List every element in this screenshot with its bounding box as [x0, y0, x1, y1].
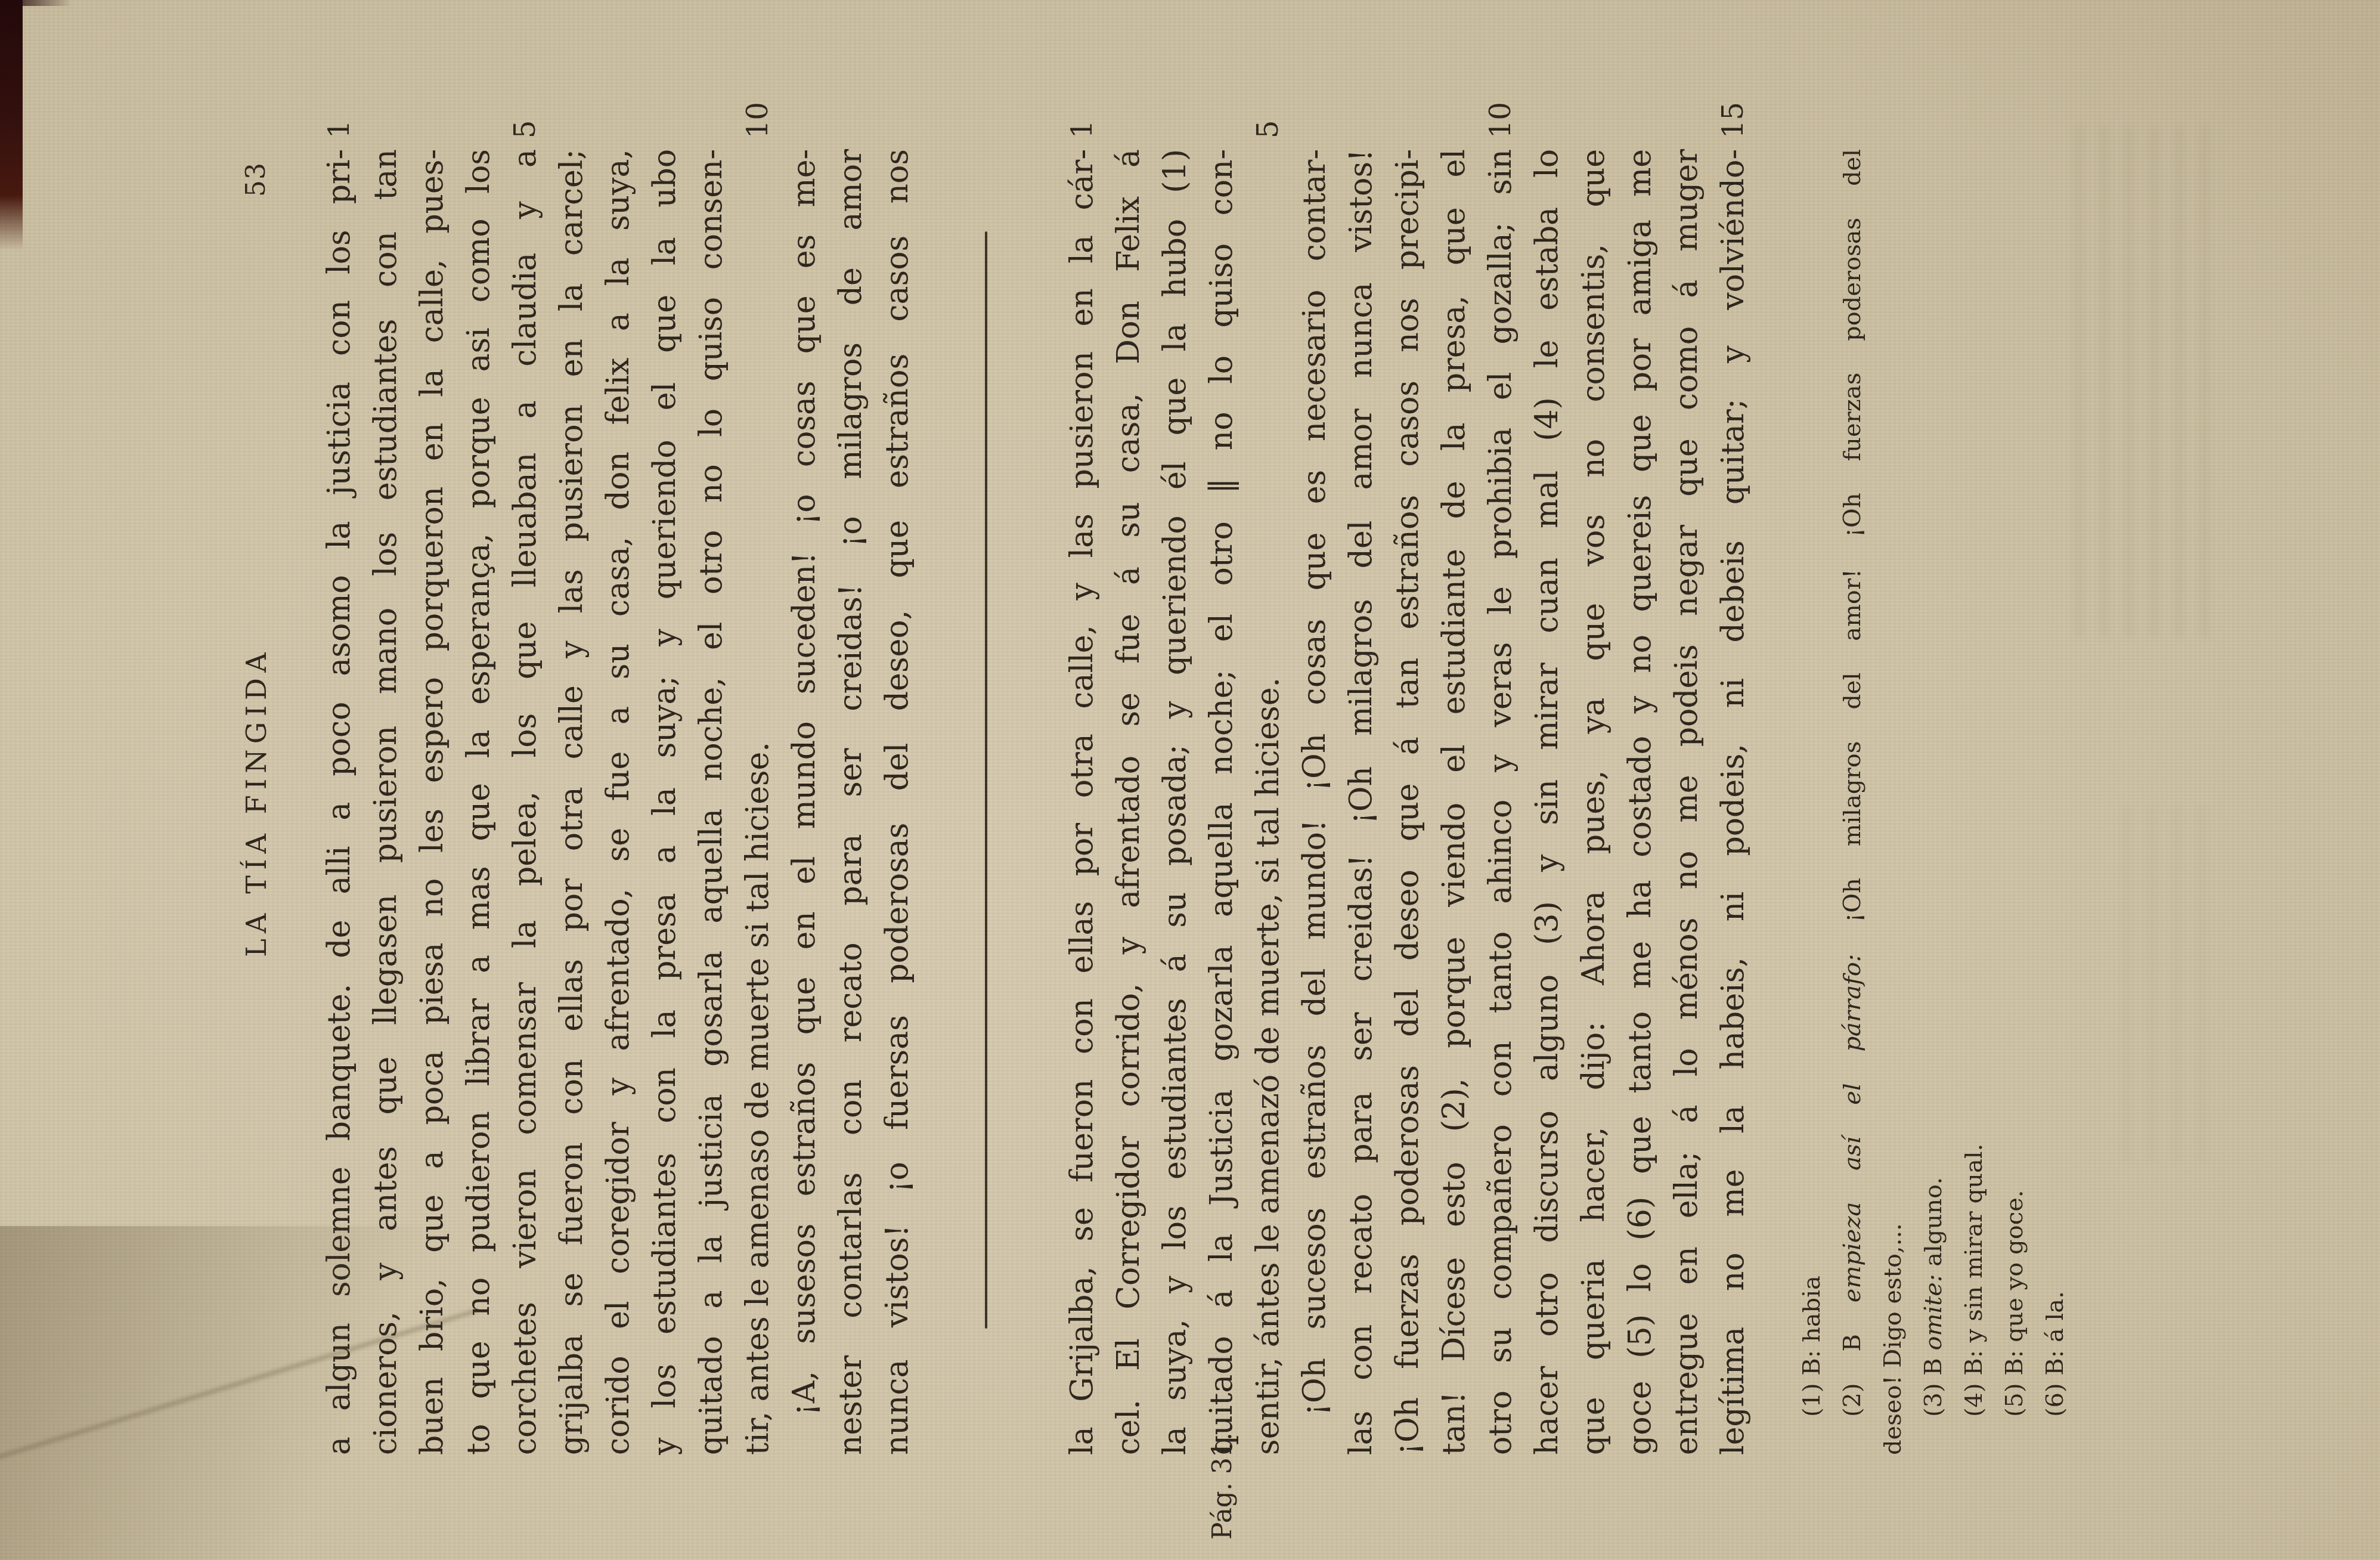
text-line: grijalba se fueron con ellas por otra ca…	[548, 149, 595, 1455]
text-line: buen brio, que a poca piesa no les esper…	[409, 149, 455, 1455]
text-line: quitado á la Justicia gozarla aquella no…	[1198, 149, 1245, 1455]
text-line: (5) B: que yo goce.	[1994, 149, 2035, 1455]
text-line: las con recato para ser creidas! ¡Oh mil…	[1338, 149, 1384, 1455]
paper-sheet: LA TÍA FINGIDA 53 a algun solemne banque…	[0, 0, 2380, 1560]
line-number: 5	[502, 43, 548, 138]
text-segment: quitado á la Justicia gozarla aquella no…	[1204, 149, 1239, 1455]
text-segment: entregue en ella; á lo ménos no me podei…	[1669, 149, 1705, 1455]
margin-note-page-reference: Pág. 31.	[1200, 1450, 1246, 1540]
text-segment: corido el coregidor y afrentado, se fue …	[600, 149, 636, 1455]
text-line: quitado a la justicia gosarla aquella no…	[688, 149, 735, 1455]
text-segment: ¡A, susesos estraños que en el mundo suc…	[786, 149, 822, 1416]
text-line: tir, antes le amenaso de muerte si tal h…	[735, 149, 781, 1455]
text-line: cel. El Corregidor corrido, y afrentado …	[1105, 149, 1152, 1455]
text-segment: tir, antes le amenaso de muerte si tal h…	[740, 742, 776, 1455]
text-segment: to que no pudieron librar a mas que la e…	[461, 149, 497, 1455]
text-line: ¡Oh sucesos estraños del mundo! ¡Oh cosa…	[1291, 149, 1338, 1455]
text-segment: buen brio, que a poca piesa no les esper…	[414, 149, 450, 1455]
text-segment: otro su compañero con tanto ahinco y ver…	[1483, 149, 1519, 1455]
text-line: sentir, ántes le amenazó de muerte, si t…	[1245, 149, 1291, 1455]
text-segment: las con recato para ser creidas! ¡Oh mil…	[1343, 149, 1379, 1455]
text-line: tan! Dícese esto (2), porque viendo el e…	[1431, 149, 1477, 1455]
text-segment: ¡Oh sucesos estraños del mundo! ¡Oh cosa…	[1297, 149, 1332, 1416]
text-segment: que queria hacer, dijo: Ahora pues, ya q…	[1576, 149, 1612, 1455]
text-segment: (1) B: habia	[1798, 1276, 1826, 1417]
text-line: (1) B: habia	[1792, 149, 1832, 1455]
text-segment: (5) B: que yo goce.	[2001, 1190, 2028, 1417]
text-line: nester contarlas con recato para ser cre…	[828, 149, 874, 1455]
text-line: la Grijalba, se fueron con ellas por otr…	[1059, 149, 1105, 1455]
text-segment: deseo! Digo esto,...	[1879, 1223, 1907, 1455]
text-line: goce (5) lo (6) que tanto me ha costado …	[1617, 149, 1663, 1455]
line-number: 5	[1245, 43, 1291, 138]
text-segment: ¡Oh milagros del amor! ¡Oh fuerzas poder…	[1839, 149, 1866, 954]
line-number: 10	[1477, 43, 1524, 138]
text-line: (2) B empieza así el párrafo: ¡Oh milagr…	[1832, 149, 1873, 1455]
text-line: entregue en ella; á lo ménos no me podei…	[1663, 149, 1710, 1455]
text-line: to que no pudieron librar a mas que la e…	[455, 149, 502, 1455]
text-line: la suya, y los estudiantes á su posada; …	[1152, 149, 1198, 1455]
text-line: deseo! Digo esto,...	[1873, 149, 1913, 1455]
text-segment: quitado a la justicia gosarla aquella no…	[693, 149, 729, 1455]
text-segment: tan! Dícese esto (2), porque viendo el e…	[1436, 149, 1472, 1455]
line-number: 10	[735, 43, 781, 138]
text-line: ¡A, susesos estraños que en el mundo suc…	[781, 149, 828, 1455]
text-segment: y los estudiantes con la presa a la suya…	[647, 149, 683, 1455]
text-line: y los estudiantes con la presa a la suya…	[642, 149, 688, 1455]
text-segment: goce (5) lo (6) que tanto me ha costado …	[1622, 149, 1658, 1455]
text-line: corido el coregidor y afrentado, se fue …	[595, 149, 642, 1455]
text-segment: ¡Oh fuerzas poderosas del deseo que á ta…	[1390, 149, 1425, 1455]
text-line: hacer otro discurso alguno (3) y sin mir…	[1524, 149, 1570, 1455]
text-segment: la Grijalba, se fueron con ellas por otr…	[1064, 149, 1100, 1455]
text-line: (3) B omite: alguno.	[1913, 149, 1954, 1455]
text-segment: cel. El Corregidor corrido, y afrentado …	[1111, 149, 1146, 1455]
text-line: a algun solemne banquete. de alli a poco…	[316, 149, 362, 1455]
page-title: LA TÍA FINGIDA	[237, 149, 275, 1455]
line-number: 15	[1710, 43, 1756, 138]
variant-italic-text: empieza así el párrafo:	[1839, 954, 1866, 1303]
variant-italic-text: omite:	[1920, 1274, 1947, 1350]
text-segment: grijalba se fueron con ellas por otra ca…	[554, 149, 590, 1455]
text-block-manuscript-a: a algun solemne banquete. de alli a poco…	[316, 149, 921, 1455]
text-segment: nester contarlas con recato para ser cre…	[833, 149, 869, 1455]
text-segment: nunca vistos! ¡o fuersas poderosas del d…	[879, 149, 915, 1455]
text-line: nunca vistos! ¡o fuersas poderosas del d…	[874, 149, 921, 1455]
line-number: 1	[316, 43, 362, 138]
section-divider-rule	[985, 231, 987, 1329]
text-line: ¡Oh fuerzas poderosas del deseo que á ta…	[1384, 149, 1431, 1455]
running-head: LA TÍA FINGIDA 53	[237, 149, 275, 1455]
line-number: 1	[1059, 43, 1105, 138]
footnotes-block: (1) B: habia(2) B empieza así el párrafo…	[1792, 149, 2075, 1455]
text-line: que queria hacer, dijo: Ahora pues, ya q…	[1570, 149, 1617, 1455]
scan-binding-edge	[0, 0, 23, 250]
text-line: (6) B: á la.	[2035, 149, 2075, 1455]
text-segment: sentir, ántes le amenazó de muerte, si t…	[1250, 677, 1286, 1455]
text-line: (4) B: y sin mirar qual.	[1954, 149, 1994, 1455]
page-number: 53	[237, 162, 275, 197]
text-segment: la suya, y los estudiantes á su posada; …	[1157, 149, 1193, 1455]
text-block-edition-text: la Grijalba, se fueron con ellas por otr…	[1059, 149, 1756, 1455]
text-segment: alguno.	[1920, 1177, 1947, 1274]
text-segment: (3) B	[1920, 1351, 1947, 1417]
text-segment: (6) B: á la.	[2041, 1291, 2069, 1417]
text-segment: (2) B	[1839, 1302, 1866, 1417]
text-line: cioneros, y antes que llegasen pusieron …	[362, 149, 409, 1455]
text-line: otro su compañero con tanto ahinco y ver…	[1477, 149, 1524, 1455]
text-segment: hacer otro discurso alguno (3) y sin mir…	[1529, 149, 1565, 1455]
scanned-book-page: LA TÍA FINGIDA 53 a algun solemne banque…	[0, 0, 2380, 1560]
text-segment: a algun solemne banquete. de alli a poco…	[321, 149, 357, 1455]
text-line: legítima no me la habeis, ni podeis, ni …	[1710, 149, 1756, 1455]
text-segment: legítima no me la habeis, ni podeis, ni …	[1715, 149, 1751, 1455]
text-line: corchetes vieron comensar la pelea, los …	[502, 149, 548, 1455]
scan-edge-top-sliver	[0, 0, 72, 6]
text-segment: cioneros, y antes que llegasen pusieron …	[368, 149, 404, 1455]
text-segment: (4) B: y sin mirar qual.	[1960, 1144, 1988, 1417]
text-segment: corchetes vieron comensar la pelea, los …	[507, 149, 543, 1455]
